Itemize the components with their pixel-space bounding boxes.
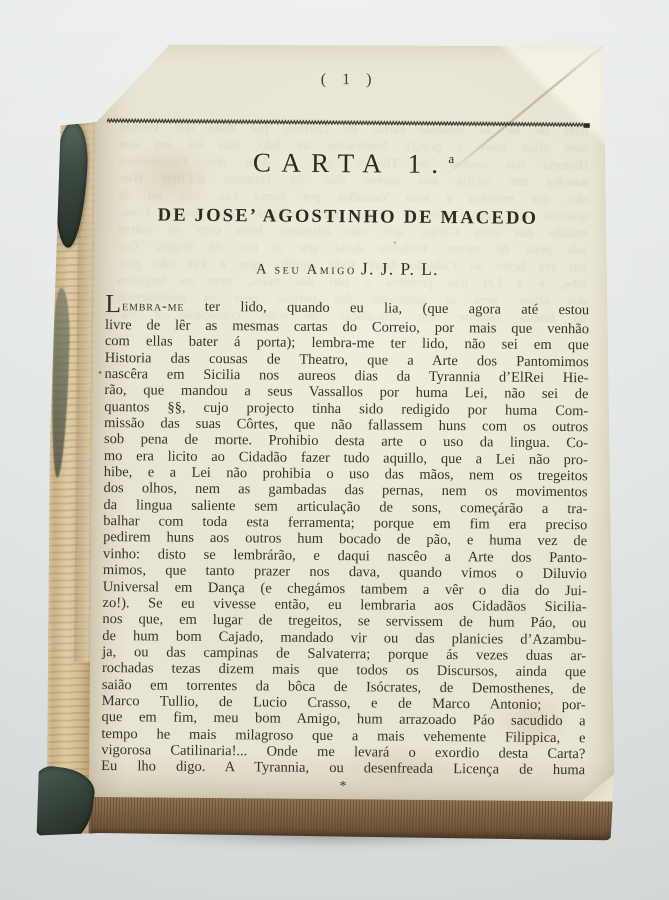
first-line-rest: ter lido, quando eu lia, (que agora até … [184, 299, 589, 319]
book: livre de lêr as mesmas cartas do Correio… [33, 37, 626, 846]
author-line: DE JOSE’ AGOSTINHO DE MACEDO [106, 205, 590, 230]
page-number: ( 1 ) [107, 69, 591, 91]
dedication-initials: J. J. P. L. [361, 258, 439, 279]
signature-mark: * [101, 777, 585, 797]
letter-title-text: CARTA 1. [253, 147, 449, 179]
book-page: livre de lêr as mesmas cartas do Correio… [89, 40, 622, 802]
first-word-smallcaps: embra-me [122, 298, 184, 315]
letter-body: Lembra-me ter lido, quando eu lia, (que … [101, 291, 589, 779]
body-line: Eu lho digo. A Tyrannia, ou desenfreada … [101, 758, 585, 779]
page-content: ( 1 ) CARTA 1.a DE JOSE’ AGOSTINHO DE MA… [89, 69, 622, 830]
zigzag-divider [107, 117, 591, 128]
letter-title-ordinal: a [448, 151, 454, 166]
drop-initial: L [105, 289, 122, 318]
dedication-prefix: A seu Amigo [256, 261, 357, 278]
body-lines: livre de lêr as mesmas cartas do Correio… [101, 317, 589, 779]
dedication-line: A seu Amigo J. J. P. L. [105, 256, 589, 281]
letter-title: CARTA 1.a [106, 146, 590, 181]
